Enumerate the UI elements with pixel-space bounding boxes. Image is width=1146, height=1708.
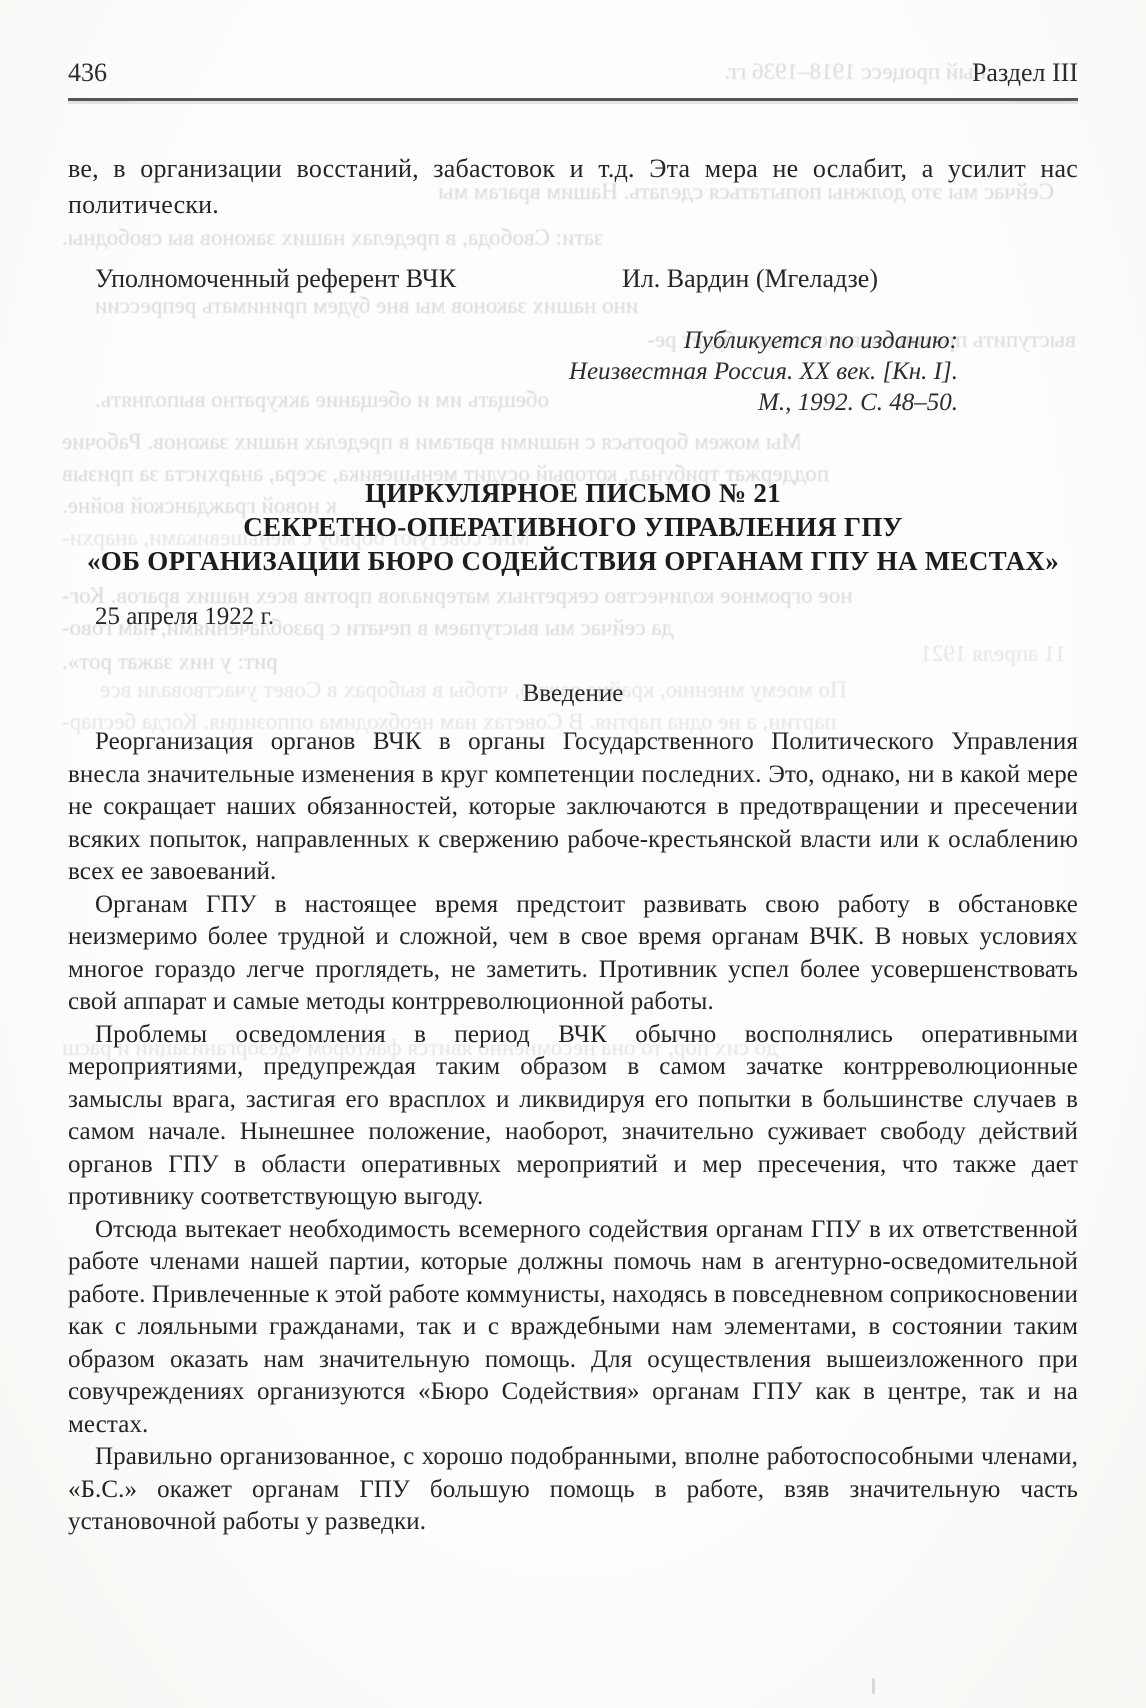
section-heading: Введение — [68, 677, 1078, 710]
section-title: Раздел III — [972, 58, 1078, 88]
document-title: ЦИРКУЛЯРНОЕ ПИСЬМО № 21 СЕКРЕТНО-ОПЕРАТИ… — [68, 476, 1078, 578]
scan-artifact — [872, 1678, 875, 1694]
document-paragraph: Реорганизация органов ВЧК в органы Госуд… — [68, 726, 1078, 889]
document-paragraph: Правильно организованное, с хорошо подоб… — [68, 1441, 1078, 1539]
document-date: 25 апреля 1922 г. — [95, 600, 1078, 633]
document-body: Реорганизация органов ВЧК в органы Госуд… — [68, 726, 1078, 1539]
book-page: ный процесс 1918–1936 гг. Сейчас мы это … — [0, 0, 1146, 1708]
publication-source: Публикуется по изданию: Неизвестная Росс… — [68, 325, 958, 418]
publication-source-line: М., 1992. С. 48–50. — [68, 387, 958, 418]
signature-row: Уполномоченный референт ВЧК Ил. Вардин (… — [68, 261, 1078, 297]
publication-source-line: Неизвестная Россия. XX век. [Кн. I]. — [68, 356, 958, 387]
page-content: 436 Раздел III ве, в организации восстан… — [68, 0, 1078, 1539]
publication-source-line: Публикуется по изданию: — [68, 325, 958, 356]
page-header: 436 Раздел III — [68, 0, 1078, 101]
document-paragraph: Проблемы осведомления в период ВЧК обычн… — [68, 1019, 1078, 1214]
document-title-line: «ОБ ОРГАНИЗАЦИИ БЮРО СОДЕЙСТВИЯ ОРГАНАМ … — [68, 544, 1078, 578]
document-paragraph: Органам ГПУ в настоящее время предстоит … — [68, 889, 1078, 1019]
signature-role: Уполномоченный референт ВЧК — [95, 261, 456, 297]
document-paragraph: Отсюда вытекает необходимость всемерного… — [68, 1214, 1078, 1442]
signature-name: Ил. Вардин (Мгеладзе) — [622, 261, 878, 297]
page-number: 436 — [68, 58, 107, 88]
continuation-paragraph: ве, в организации восстаний, забастовок … — [68, 151, 1078, 223]
document-title-line: ЦИРКУЛЯРНОЕ ПИСЬМО № 21 — [68, 476, 1078, 510]
document-title-line: СЕКРЕТНО-ОПЕРАТИВНОГО УПРАВЛЕНИЯ ГПУ — [68, 510, 1078, 544]
